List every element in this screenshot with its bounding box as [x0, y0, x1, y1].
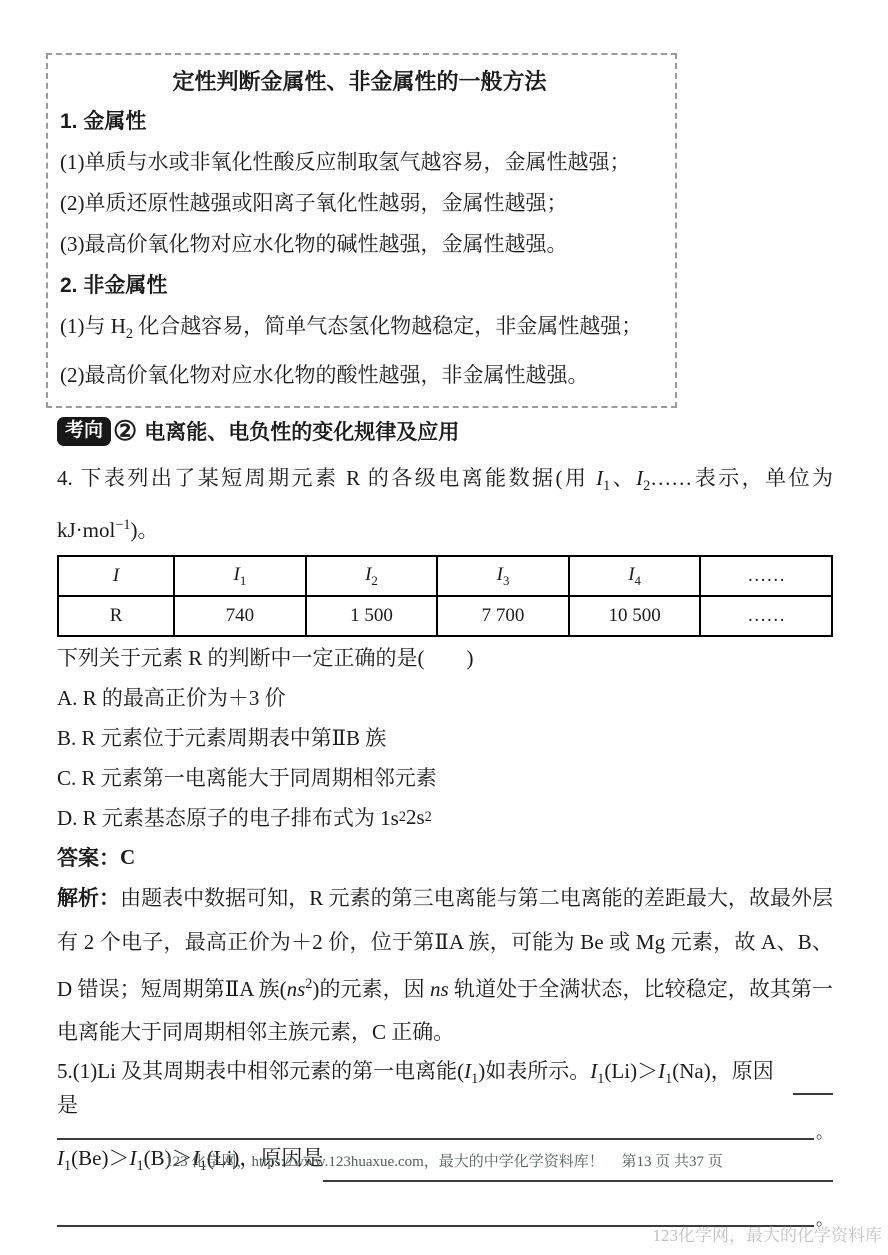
analysis-paragraph: 解析：由题表中数据可知，R 元素的第三电离能与第二电离能的差距最大，故最外层有 … [57, 877, 833, 1053]
question4-stem: 4. 下表列出了某短周期元素 R 的各级电离能数据(用 I1、I2……表示，单位… [57, 459, 833, 550]
kaoxiang-title: 电离能、电负性的变化规律及应用 [144, 416, 459, 446]
method-summary-box: 定性判断金属性、非金属性的一般方法 1. 金属性 (1)单质与水或非氧化性酸反应… [46, 53, 677, 408]
table-cell-element: R [58, 596, 174, 636]
option-b: B. R 元素位于元素周期表中第ⅡB 族 [57, 717, 833, 757]
table-header-I: I [58, 556, 174, 596]
option-d: D. R 元素基态原子的电子排布式为 1s22s2 [57, 797, 833, 837]
nonmetal-heading: 2. 非金属性 [60, 265, 659, 306]
footer-page-info: 第13 页 共37 页 [622, 1154, 723, 1170]
blank-end-period: 。 [816, 1126, 833, 1140]
option-a: A. R 的最高正价为＋3 价 [57, 677, 833, 717]
page-content: 定性判断金属性、非金属性的一般方法 1. 金属性 (1)单质与水或非氧化性酸反应… [0, 0, 888, 1227]
table-header-ellipsis: …… [700, 556, 832, 596]
table-cell-ellipsis: …… [700, 596, 832, 636]
answer-line: 答案： C [57, 837, 833, 877]
table-cell-i1: 740 [174, 596, 306, 636]
footer-site-suffix: ，最大的中学化学资料库！ [424, 1154, 604, 1170]
table-header-I1: I1 [174, 556, 306, 596]
ionization-energy-table: I I1 I2 I3 I4 …… R 740 1 500 7 700 10 50… [57, 555, 833, 637]
metal-item-1: (1)单质与水或非氧化性酸反应制取氢气越容易，金属性越强； [60, 142, 659, 183]
answer-label: 答案： [57, 842, 120, 872]
footer-site-prefix: 123 化学网， [165, 1154, 251, 1170]
table-header-I2: I2 [306, 556, 438, 596]
table-header-I3: I3 [437, 556, 569, 596]
footer-url[interactable]: https://www.123huaxue.com [251, 1154, 423, 1170]
document-page: 定性判断金属性、非金属性的一般方法 1. 金属性 (1)单质与水或非氧化性酸反应… [0, 0, 888, 1255]
kaoxiang-number-icon: ② [113, 417, 137, 445]
table-header-I4: I4 [569, 556, 701, 596]
answer-blank-full [57, 1117, 814, 1140]
watermark: 123化学网，最大的化学资料库 [653, 1221, 883, 1246]
option-c: C. R 元素第一电离能大于同周期相邻元素 [57, 757, 833, 797]
kaoxiang-badge: 考向 [57, 417, 111, 446]
metal-item-2: (2)单质还原性越强或阳离子氧化性越弱，金属性越强； [60, 183, 659, 224]
metal-heading: 1. 金属性 [60, 101, 659, 142]
table-cell-i4: 10 500 [569, 596, 701, 636]
table-cell-i2: 1 500 [306, 596, 438, 636]
metal-item-3: (3)最高价氧化物对应水化物的碱性越强，金属性越强。 [60, 224, 659, 265]
table-data-row: R 740 1 500 7 700 10 500 …… [58, 596, 832, 636]
answer-value: C [120, 845, 135, 870]
nonmetal-item-1: (1)与 H2 化合越容易，简单气态氢化物越稳定，非金属性越强； [60, 306, 659, 355]
question5-stem: 5.(1)Li 及其周期表中相邻元素的第一电离能(I1)如表所示。I1(Li)＞… [57, 1055, 833, 1095]
question4-prompt: 下列关于元素 R 的判断中一定正确的是( ) [57, 637, 833, 677]
answer-blank-short [793, 1072, 833, 1095]
table-cell-i3: 7 700 [437, 596, 569, 636]
nonmetal-item-2: (2)最高价氧化物对应水化物的酸性越强，非金属性越强。 [60, 355, 659, 396]
page-footer: 123 化学网，https://www.123huaxue.com，最大的中学化… [0, 1150, 888, 1171]
table-header-row: I I1 I2 I3 I4 …… [58, 556, 832, 596]
question5-text: 5.(1)Li 及其周期表中相邻元素的第一电离能(I1)如表所示。I1(Li)＞… [57, 1055, 793, 1118]
exam-direction-row: 考向 ② 电离能、电负性的变化规律及应用 [57, 412, 833, 450]
box-title: 定性判断金属性、非金属性的一般方法 [60, 63, 659, 101]
